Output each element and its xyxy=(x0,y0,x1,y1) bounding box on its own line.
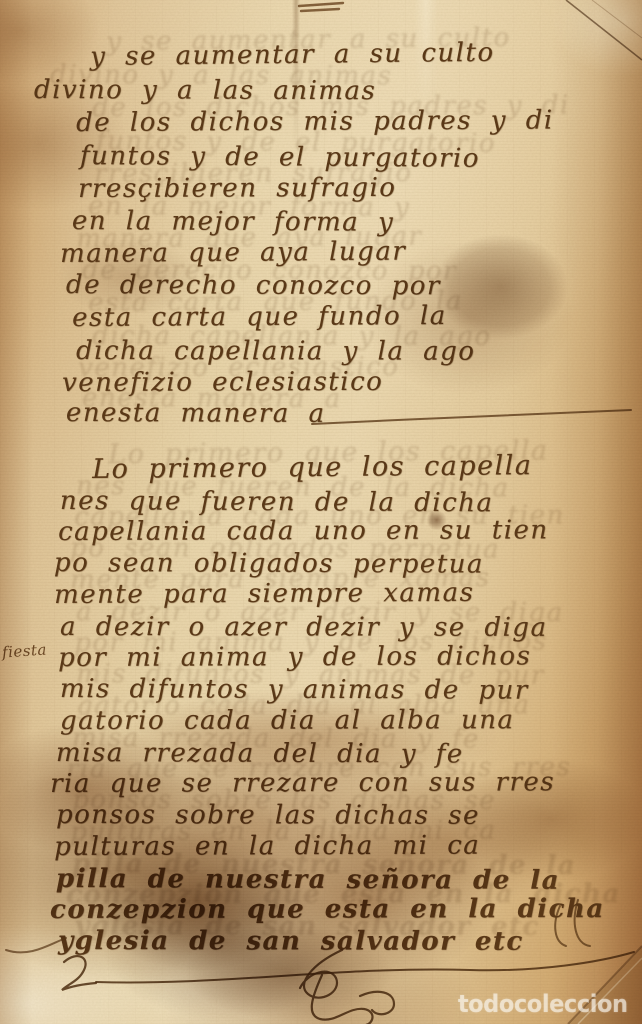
paper-fiber-texture xyxy=(0,0,642,1024)
etc-flourish xyxy=(555,900,590,946)
manuscript-line: mente para siempre xamas xyxy=(54,580,474,608)
manuscript-line: de derecho conozco por xyxy=(82,257,457,284)
manuscript-line: enesta manera a xyxy=(66,400,326,427)
manuscript-line: rresçibieren sufragio xyxy=(94,160,412,187)
paper-grain-overlay xyxy=(0,0,642,1024)
manuscript-line: divino y a las animas xyxy=(34,77,376,104)
manuscript-line: por mi anima y de los dichos xyxy=(58,643,531,671)
manuscript-line: divino y a las animas xyxy=(50,62,392,89)
manuscript-line: y se aumentar a su culto xyxy=(90,40,495,70)
manuscript-line: po sean obligados perpetua xyxy=(54,550,484,578)
manuscript-line: enesta manera a xyxy=(82,385,342,412)
ink-bleedthrough-layer: y se aumentar a su cultodivino y a las a… xyxy=(16,0,642,1009)
last-line-swash xyxy=(6,938,66,952)
manuscript-line: manera que aya lugar xyxy=(60,239,406,267)
manuscript-line: venefizio eclesiastico xyxy=(62,369,383,396)
manuscript-line: pulturas en la dicha mi ca xyxy=(54,833,480,860)
manuscript-line: Lo primero que los capella xyxy=(92,452,533,483)
manuscript-line: pilla de nuestra señora de la xyxy=(56,866,560,894)
manuscript-line: capellania cada uno en su tien xyxy=(58,517,549,545)
margin-note-fiesta: fiesta xyxy=(1,640,47,661)
manuscript-line: esta carta que fundo la xyxy=(88,288,463,316)
manuscript-page: y se aumentar a su cultodivino y a las a… xyxy=(0,0,642,1024)
manuscript-line: a dezir o azer dezir y se diga xyxy=(60,614,548,641)
manuscript-line: pulturas en la dicha mi ca xyxy=(70,818,496,845)
manuscript-line: manera que aya lugar xyxy=(76,224,422,252)
manuscript-line: ria que se rrezare con sus rres xyxy=(66,754,571,782)
manuscript-line: ponsos sobre las dichas se xyxy=(56,802,480,829)
manuscript-line: misa rrezada del dia y fe xyxy=(72,725,480,752)
manuscript-line: mente para siempre xamas xyxy=(70,565,490,593)
manuscript-line: capellania cada uno en su tien xyxy=(74,502,565,530)
corner-crease-line xyxy=(566,0,642,60)
manuscript-line: en la mejor forma y xyxy=(88,193,410,221)
end-rule-stroke xyxy=(312,410,631,424)
ink-strokes xyxy=(0,0,642,1024)
manuscript-line: funtos y de el purgatorio xyxy=(80,143,480,172)
manuscript-line: esta carta que fundo la xyxy=(72,303,447,331)
manuscript-line: de los dichos mis padres y di xyxy=(92,92,570,121)
manuscript-line: venefizio eclesiastico xyxy=(78,354,399,381)
manuscript-line: nes que fueren de la dicha xyxy=(60,488,494,516)
manuscript-line: a dezir o azer dezir y se diga xyxy=(76,599,564,626)
manuscript-line: gatorio cada dia al alba una xyxy=(76,692,530,719)
manuscript-line: yglesia de san salvador etc xyxy=(58,928,524,955)
manuscript-line: nes que fueren de la dicha xyxy=(76,473,510,501)
stain-overlay xyxy=(0,0,642,1024)
manuscript-line: dicha capellania y la ago xyxy=(92,323,491,350)
manuscript-line: rresçibieren sufragio xyxy=(78,175,396,202)
manuscript-line: y se aumentar a su culto xyxy=(106,25,511,55)
manuscript-line: Lo primero que los capella xyxy=(108,437,549,468)
manuscript-line: gatorio cada dia al alba una xyxy=(60,707,514,734)
manuscript-line: de los dichos mis padres y di xyxy=(76,107,554,136)
manuscript-line: conzepzion que esta en la dicha xyxy=(66,881,621,908)
manuscript-line: funtos y de el purgatorio xyxy=(96,128,496,157)
corner-crease-line-faint xyxy=(592,0,642,38)
manuscript-line: ponsos sobre las dichas se xyxy=(72,787,496,814)
manuscript-line: dicha capellania y la ago xyxy=(76,338,475,365)
manuscript-line: ria que se rrezare con sus rres xyxy=(50,769,555,797)
closing-line-stroke xyxy=(96,952,634,983)
top-fold-crease xyxy=(292,0,300,150)
manuscript-line: en la mejor forma y xyxy=(72,208,394,236)
manuscript-line: misa rrezada del dia y fe xyxy=(56,740,464,767)
rubric-flourish xyxy=(300,950,394,1024)
watermark-text: todocoleccion xyxy=(458,990,628,1018)
manuscript-line: mis difuntos y animas de pur xyxy=(76,661,545,689)
top-edge-marks xyxy=(299,3,343,11)
handwritten-text-layer: y se aumentar a su cultodivino y a las a… xyxy=(0,0,642,1024)
bottom-hook-stroke xyxy=(62,956,96,990)
manuscript-line: de derecho conozco por xyxy=(66,272,441,299)
manuscript-line: pilla de nuestra señora de la xyxy=(72,851,576,879)
manuscript-line: por mi anima y de los dichos xyxy=(74,628,547,656)
manuscript-line: conzepzion que esta en la dicha xyxy=(50,896,605,923)
top-fold-highlight xyxy=(414,0,438,120)
manuscript-line: po sean obligados perpetua xyxy=(70,535,500,563)
paper-highlight-overlay xyxy=(0,0,642,1024)
manuscript-line: mis difuntos y animas de pur xyxy=(60,676,529,704)
manuscript-line: yglesia de san salvador etc xyxy=(74,913,540,940)
